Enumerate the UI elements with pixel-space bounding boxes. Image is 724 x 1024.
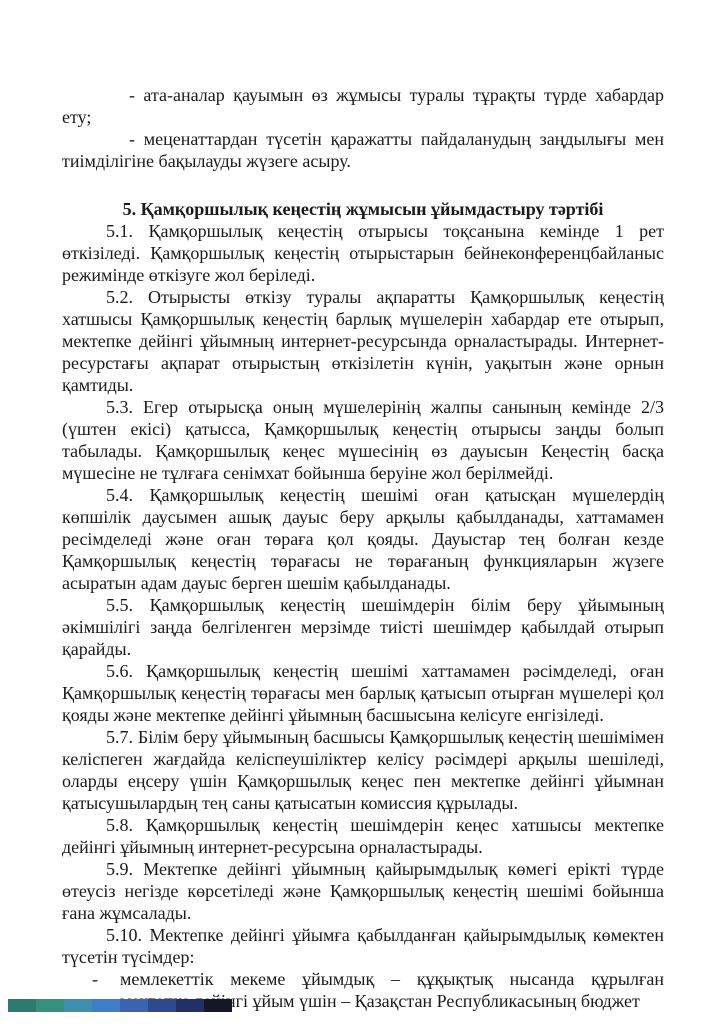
paragraph-5-1: 5.1. Қамқоршылық кеңестің отырысы тоқсан…: [62, 220, 664, 286]
color-strip-segment: [36, 999, 64, 1012]
paragraph-5-10: 5.10. Мектепке дейінгі ұйымға қабылданға…: [62, 924, 664, 968]
paragraph-5-4: 5.4. Қамқоршылық кеңестің шешімі оған қа…: [62, 484, 664, 594]
color-strip: [8, 999, 232, 1012]
paragraph-5-9: 5.9. Мектепке дейінгі ұйымның қайырымдыл…: [62, 858, 664, 924]
paragraph-5-7: 5.7. Білім беру ұйымының басшысы Қамқорш…: [62, 726, 664, 814]
paragraph-5-5: 5.5. Қамқоршылық кеңестің шешімдерін біл…: [62, 594, 664, 660]
text-block: - ата-аналар қауымын өз жұмысы туралы тұ…: [62, 84, 664, 1012]
color-strip-segment: [120, 999, 148, 1012]
color-strip-segment: [8, 999, 36, 1012]
color-strip-segment: [204, 999, 232, 1012]
color-strip-segment: [64, 999, 92, 1012]
paragraph-5-6: 5.6. Қамқоршылық кеңестің шешімі хаттама…: [62, 660, 664, 726]
dash-bullet: -: [92, 968, 120, 990]
paragraph-5-3: 5.3. Егер отырысқа оның мүшелерінің жалп…: [62, 396, 664, 484]
color-strip-segment: [148, 999, 176, 1012]
document-page: - ата-аналар қауымын өз жұмысы туралы тұ…: [0, 0, 724, 1024]
paragraph-5-2: 5.2. Отырысты өткізу туралы ақпаратты Қа…: [62, 286, 664, 396]
section-heading: 5. Қамқоршылық кеңестің жұмысын ұйымдаст…: [62, 198, 664, 220]
paragraph-5-8: 5.8. Қамқоршылық кеңестің шешімдерін кең…: [62, 814, 664, 858]
color-strip-segment: [92, 999, 120, 1012]
color-strip-segment: [176, 999, 204, 1012]
intro-item: - меценаттардан түсетін қаражатты пайдал…: [62, 128, 664, 172]
intro-item: - ата-аналар қауымын өз жұмысы туралы тұ…: [62, 84, 664, 128]
